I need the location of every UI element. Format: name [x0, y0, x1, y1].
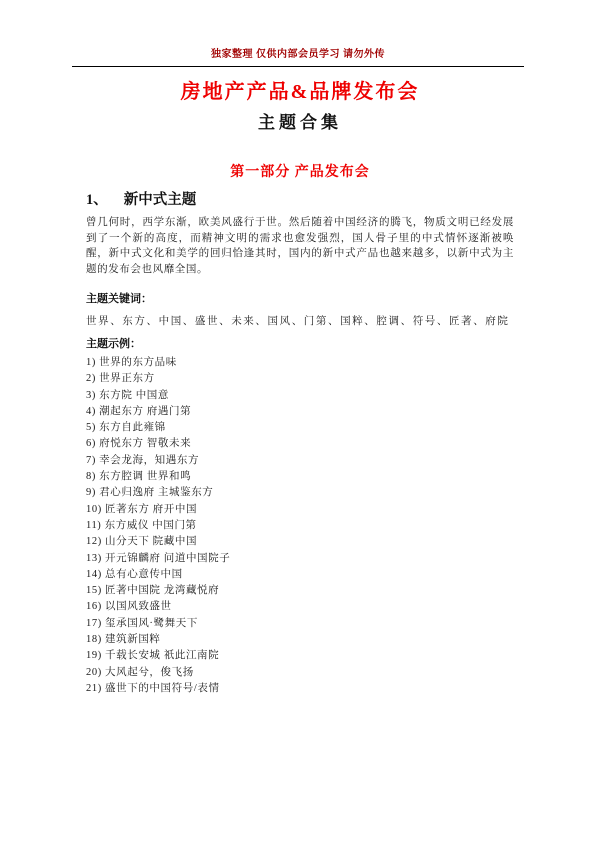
examples-label: 主题示例： [86, 337, 514, 352]
example-item: 9) 君心归逸府 主城鉴东方 [86, 485, 514, 501]
example-item: 14) 总有心意传中国 [86, 567, 514, 583]
example-item: 3) 东方院 中国意 [86, 388, 514, 404]
example-item: 15) 匠著中国院 龙湾藏悦府 [86, 583, 514, 599]
example-item: 7) 幸会龙海，知遇东方 [86, 453, 514, 469]
example-item: 16) 以国风致盛世 [86, 599, 514, 615]
example-item: 11) 东方威仪 中国门第 [86, 518, 514, 534]
example-item: 2) 世界正东方 [86, 371, 514, 387]
example-item: 17) 玺承国风·鹭舞天下 [86, 616, 514, 632]
example-item: 5) 东方自此雍锦 [86, 420, 514, 436]
examples-list: 1) 世界的东方品味 2) 世界正东方 3) 东方院 中国意 4) 潮起东方 府… [86, 355, 514, 697]
document-subtitle: 主题合集 [86, 111, 514, 135]
example-item: 20) 大风起兮，俊飞扬 [86, 665, 514, 681]
example-item: 19) 千载长安城 祇此江南院 [86, 648, 514, 664]
example-item: 10) 匠著东方 府开中国 [86, 502, 514, 518]
keywords-line: 世界、东方、中国、盛世、未来、国风、门第、国粹、腔调、符号、匠著、府院 [86, 314, 514, 329]
heading-new-chinese-style: 1、新中式主题 [86, 190, 514, 210]
section-title-part1: 第一部分 产品发布会 [86, 163, 514, 183]
example-item: 4) 潮起东方 府遇门第 [86, 404, 514, 420]
example-item: 13) 开元锦麟府 问道中国院子 [86, 551, 514, 567]
heading-text: 新中式主题 [124, 192, 197, 208]
document-body: 房地产产品&品牌发布会 主题合集 第一部分 产品发布会 1、新中式主题 曾几何时… [86, 79, 514, 697]
keywords-label: 主题关键词： [86, 292, 514, 307]
document-page: 独家整理 仅供内部会员学习 请勿外传 房地产产品&品牌发布会 主题合集 第一部分… [0, 0, 595, 841]
example-item: 21) 盛世下的中国符号/表情 [86, 681, 514, 697]
example-item: 18) 建筑新国粹 [86, 632, 514, 648]
example-item: 6) 府悦东方 智敬未来 [86, 436, 514, 452]
document-title: 房地产产品&品牌发布会 [86, 79, 514, 105]
example-item: 1) 世界的东方品味 [86, 355, 514, 371]
example-item: 8) 东方腔调 世界和鸣 [86, 469, 514, 485]
intro-paragraph: 曾几何时，西学东渐，欧美风盛行于世。然后随着中国经济的腾飞，物质文明已经发展到了… [86, 215, 514, 277]
example-item: 12) 山分天下 院藏中国 [86, 534, 514, 550]
heading-number: 1、 [86, 190, 108, 210]
header-notice: 独家整理 仅供内部会员学习 请勿外传 [72, 48, 524, 67]
